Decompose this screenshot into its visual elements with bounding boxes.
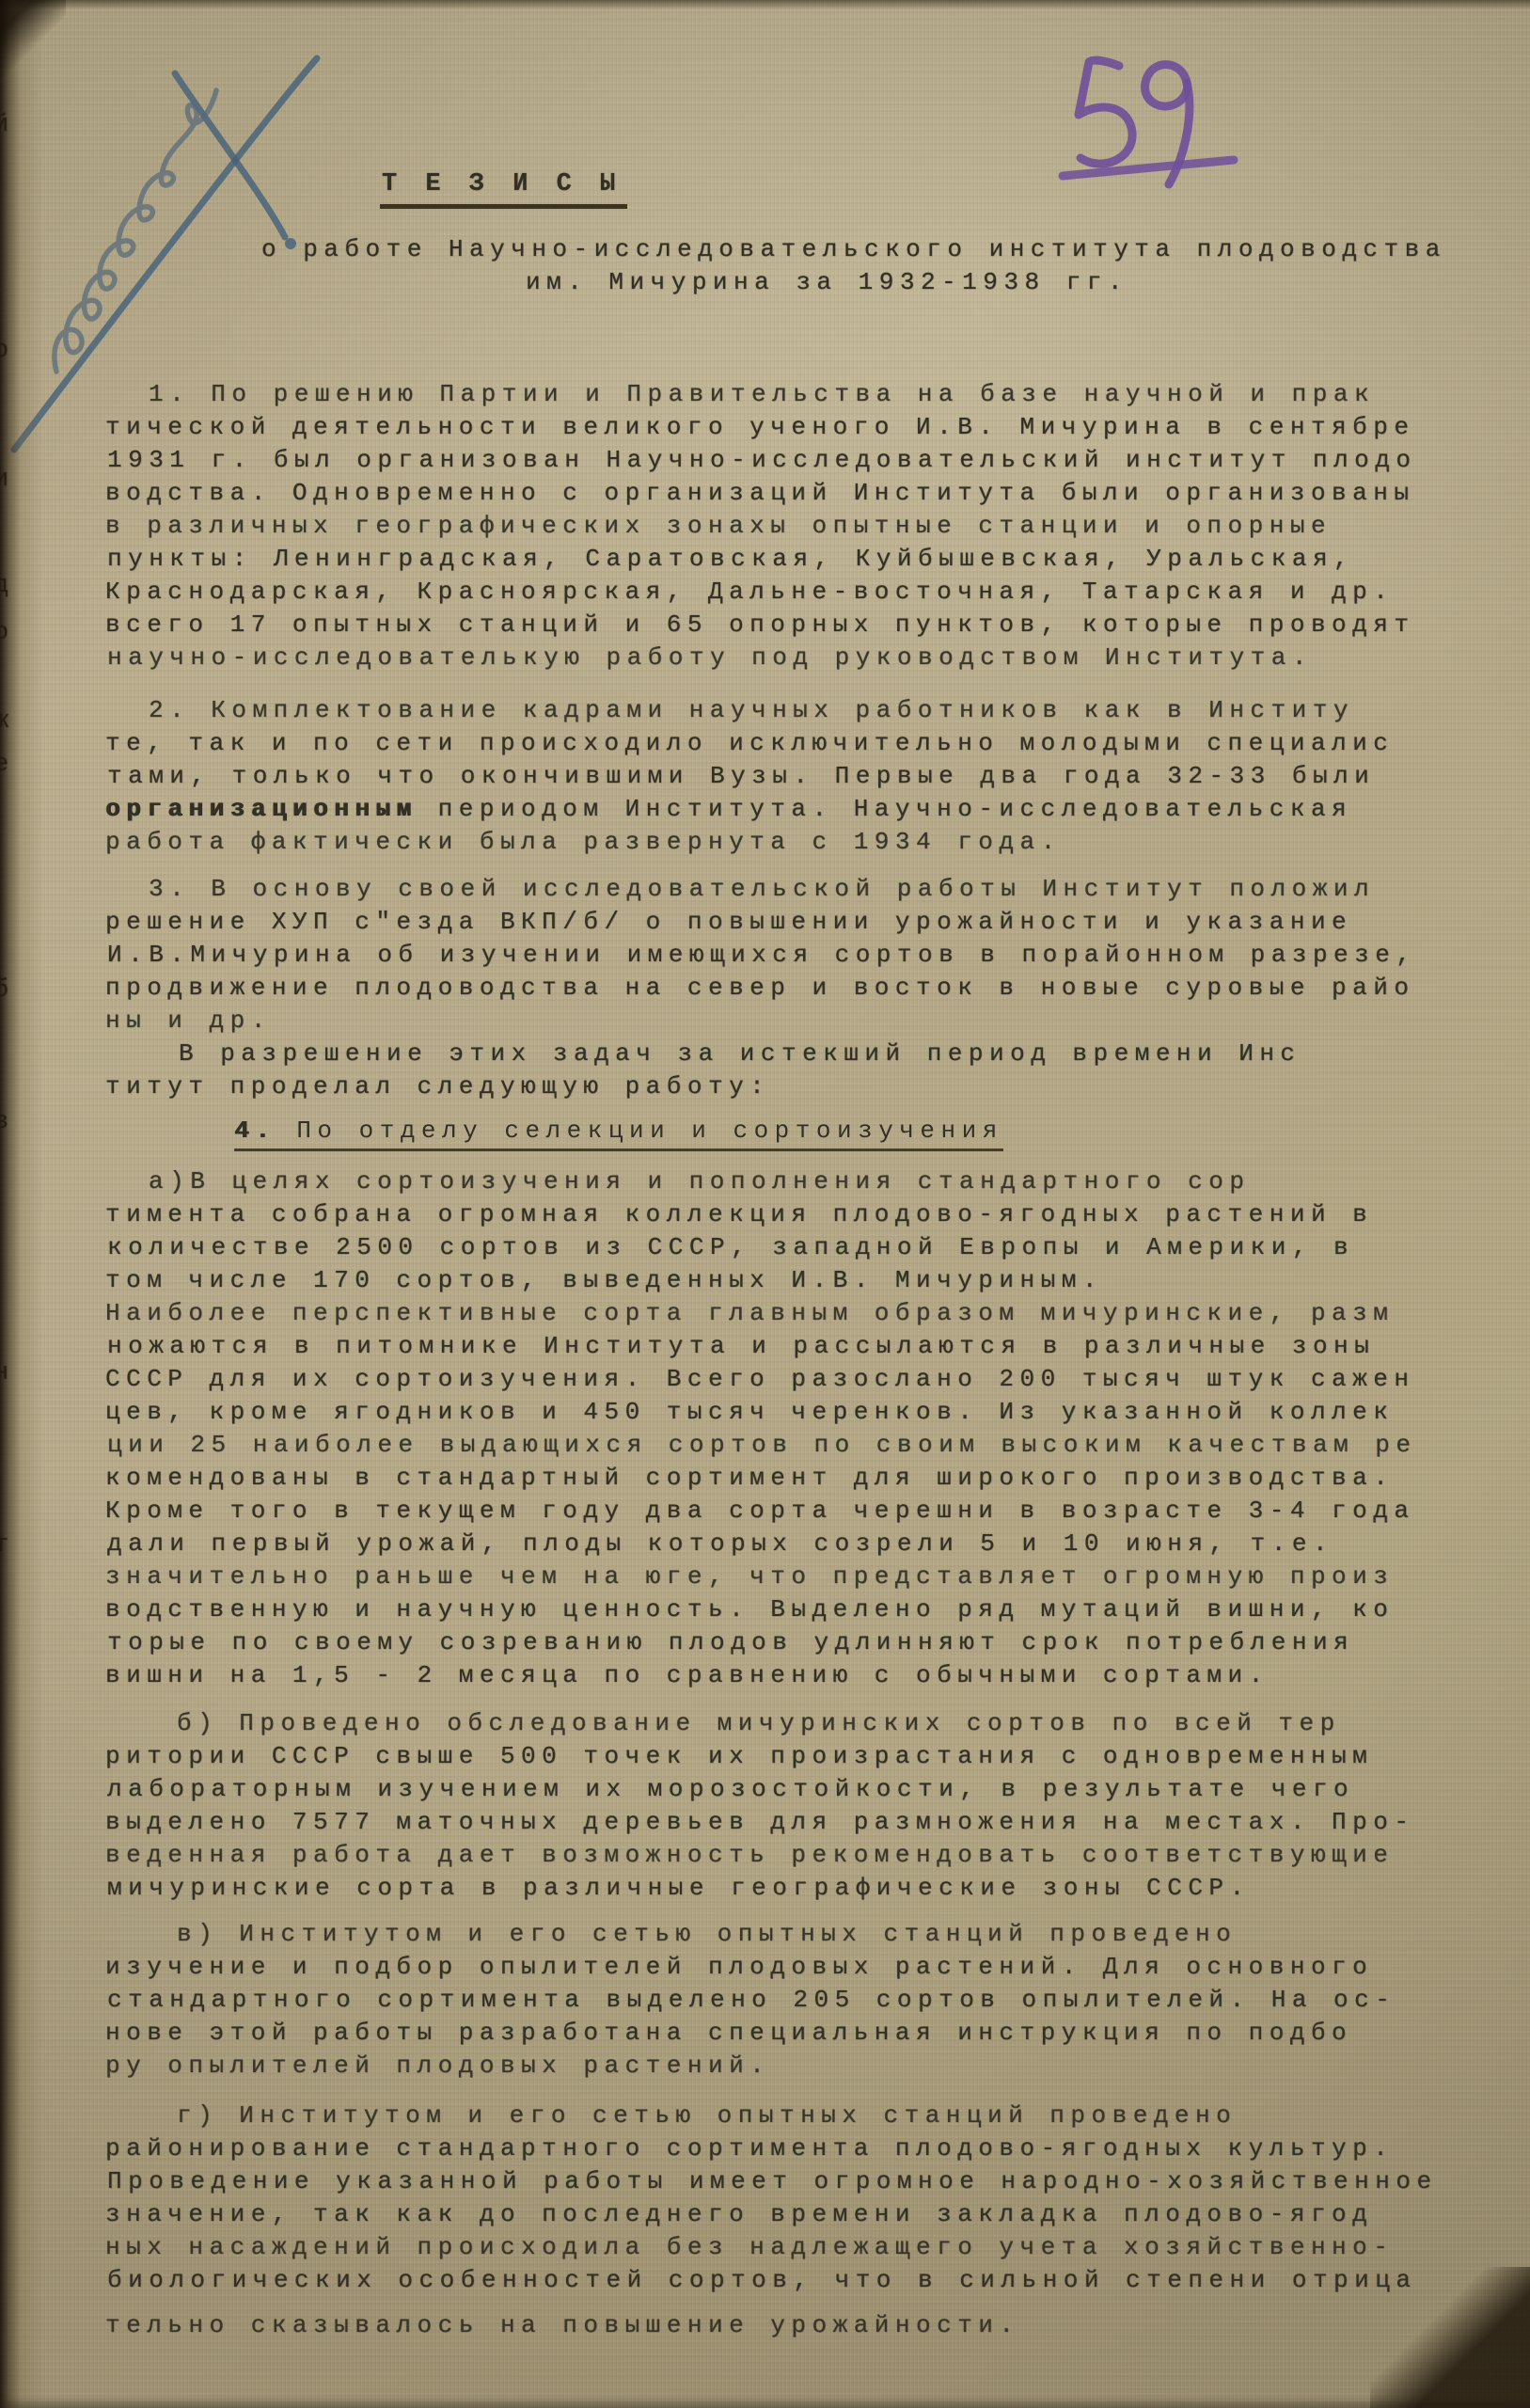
edge-letter-fragment: е	[0, 751, 8, 779]
text-line: ны и др.	[105, 1005, 1474, 1038]
text-line: ритории СССР свыше 500 точек их произрас…	[105, 1740, 1474, 1773]
paragraph-2: 2. Комплектование кадрами научных работн…	[105, 694, 1474, 859]
title-row: Т Е З И С Ы	[380, 167, 1474, 201]
text-line: торые по своему созреванию плодов удлинн…	[107, 1626, 1475, 1659]
edge-letter-fragment: в	[0, 1108, 8, 1136]
text-line: работа фактически была развернута с 1934…	[105, 826, 1474, 859]
text-line: ных насаждений происходила без надлежаще…	[105, 2231, 1474, 2264]
overstruck-bold-word: организационным	[105, 795, 418, 823]
text-line: водственную и научную ценность. Выделено…	[105, 1593, 1474, 1626]
text-line: г) Институтом и его сетью опытных станци…	[105, 2099, 1474, 2132]
text-line: дали первый урожай, плоды которых созрел…	[107, 1528, 1475, 1560]
text-line: мичуринские сорта в различные географиче…	[107, 1872, 1475, 1905]
edge-letter-fragment: и	[0, 466, 8, 494]
text-line: всего 17 опытных станций и 65 опорных пу…	[105, 609, 1474, 642]
paragraph-a: а)В целях сортоизучения и пополнения ста…	[105, 1165, 1474, 1692]
text-line: том числе 170 сортов, выведенных И.В. Ми…	[105, 1264, 1474, 1297]
text-line: 1931 г. был организован Научно-исследова…	[107, 444, 1475, 477]
section-heading-number: 4.	[234, 1117, 276, 1145]
text-line: 2. Комплектование кадрами научных работн…	[105, 694, 1474, 727]
section-heading-underlined: 4. По отделу селекции и сортоизучения	[234, 1117, 1003, 1151]
closing-line: тельно сказывалось на повышение урожайно…	[105, 2309, 1474, 2342]
text-line: веденная работа дает возможность рекомен…	[105, 1839, 1474, 1872]
text-line: И.В.Мичурина об изучении имеющихся сорто…	[107, 939, 1475, 972]
text-line: Наиболее перспективные сорта главным обр…	[105, 1297, 1474, 1330]
page-bottom-edge-shadow	[0, 2397, 1530, 2408]
paragraph-v: в) Институтом и его сетью опытных станци…	[105, 1918, 1474, 2083]
subtitle-line-2: им. Мичурина за 1932-1938 гг.	[526, 266, 1475, 299]
text-line: лабораторным изучением их морозостойкост…	[107, 1773, 1475, 1806]
text-line: б) Проведено обследование мичуринских со…	[105, 1707, 1474, 1740]
text-line: цев, кроме ягодников и 450 тысяч черенко…	[105, 1396, 1474, 1429]
text-line: ции 25 наиболее выдающихся сортов по сво…	[107, 1429, 1475, 1462]
text-line: комендованы в стандартный сортимент для …	[105, 1462, 1474, 1495]
bottom-right-corner-shadow	[1370, 2267, 1530, 2408]
text-line: организационным периодом Института. Науч…	[105, 793, 1474, 826]
edge-letter-fragment: ж	[0, 707, 8, 736]
text-line: в) Институтом и его сетью опытных станци…	[105, 1918, 1474, 1951]
text-line: те, так и по сети происходило исключител…	[105, 727, 1474, 760]
paragraph-b: б) Проведено обследование мичуринских со…	[105, 1707, 1474, 1905]
text-line: тической деятельности великого ученого И…	[105, 411, 1474, 444]
page-top-edge-shadow	[0, 0, 1530, 9]
edge-letter-fragment: й	[0, 111, 8, 139]
top-left-corner-shadow	[0, 0, 66, 85]
text-line: ру опылителей плодовых растений.	[105, 2050, 1474, 2083]
document-title: Т Е З И С Ы	[380, 170, 627, 209]
text-line: значение, так как до последнего времени …	[105, 2198, 1474, 2231]
text-line: биологических особенностей сортов, что в…	[107, 2264, 1475, 2297]
text-line: нове этой работы разработана специальная…	[105, 2017, 1474, 2050]
text-line: тимента собрана огромная коллекция плодо…	[105, 1198, 1474, 1231]
edge-letter-fragment: т	[0, 1531, 8, 1560]
text-line: 1. По решению Партии и Правительства на …	[105, 378, 1474, 411]
text-line: В разрешение этих задач за истекший пери…	[107, 1038, 1475, 1070]
text-line: 3. В основу своей исследовательской рабо…	[105, 873, 1474, 906]
text-line: пункты: Ленинградская, Саратовская, Куйб…	[107, 543, 1475, 576]
text-line: ножаются в питомнике Института и рассыла…	[107, 1330, 1475, 1363]
edge-letter-fragment: н	[0, 1359, 8, 1387]
paragraph-1: 1. По решению Партии и Правительства на …	[105, 378, 1474, 674]
text-line: районирование стандартного сортимента пл…	[105, 2132, 1474, 2165]
closing-line-block: тельно сказывалось на повышение урожайно…	[105, 2309, 1474, 2342]
edge-letter-fragment: о	[0, 619, 8, 647]
text-line: Проведение указанной работы имеет огромн…	[107, 2165, 1475, 2198]
text-line: тами, только что окончившими Вузы. Первы…	[107, 760, 1475, 793]
paragraph-g: г) Институтом и его сетью опытных станци…	[105, 2099, 1474, 2297]
text-line: выделено 7577 маточных деревьев для разм…	[105, 1806, 1474, 1839]
document-page: Т Е З И С Ы о работе Научно-исследовател…	[0, 0, 1530, 2408]
section-heading-text: По отделу селекции и сортоизучения	[276, 1117, 1003, 1145]
text-line: водства. Одновременно с организаций Инст…	[105, 477, 1474, 510]
text-line: научно-исследователькую работу под руков…	[107, 642, 1475, 674]
section-heading: 4. По отделу селекции и сортоизучения	[234, 1115, 1474, 1152]
text-line: продвижение плодоводства на север и вост…	[105, 972, 1474, 1005]
text-line: изучение и подбор опылителей плодовых ра…	[105, 1951, 1474, 1984]
text-line: титут проделал следующую работу:	[105, 1070, 1474, 1103]
text-line: значительно раньше чем на юге, что предс…	[105, 1560, 1474, 1593]
text-line: стандартного сортимента выделено 205 сор…	[107, 1984, 1475, 2017]
text-line: СССР для их сортоизучения. Всего разосла…	[105, 1363, 1474, 1396]
text-line: решение ХУП с"езда ВКП/б/ о повышении ур…	[105, 906, 1474, 939]
text-line: Кроме того в текущем году два сорта чере…	[105, 1495, 1474, 1528]
text-line: в различных географических зонахы опытны…	[105, 510, 1474, 543]
edge-letter-fragment: д	[0, 572, 8, 600]
text-line: а)В целях сортоизучения и пополнения ста…	[105, 1165, 1474, 1198]
text-line: вишни на 1,5 - 2 месяца по сравнению с о…	[105, 1659, 1474, 1692]
edge-letter-fragment: о	[0, 337, 8, 365]
edge-letter-fragment: б	[0, 976, 8, 1005]
subtitle-line-1: о работе Научно-исследовательского инсти…	[261, 233, 1474, 266]
paragraph-3: 3. В основу своей исследовательской рабо…	[105, 873, 1474, 1103]
text-line: Краснодарская, Красноярская, Дальне-вост…	[105, 576, 1474, 609]
text-line: количестве 2500 сортов из СССР, западной…	[107, 1231, 1475, 1264]
typed-content: Т Е З И С Ы о работе Научно-исследовател…	[0, 0, 1530, 2342]
